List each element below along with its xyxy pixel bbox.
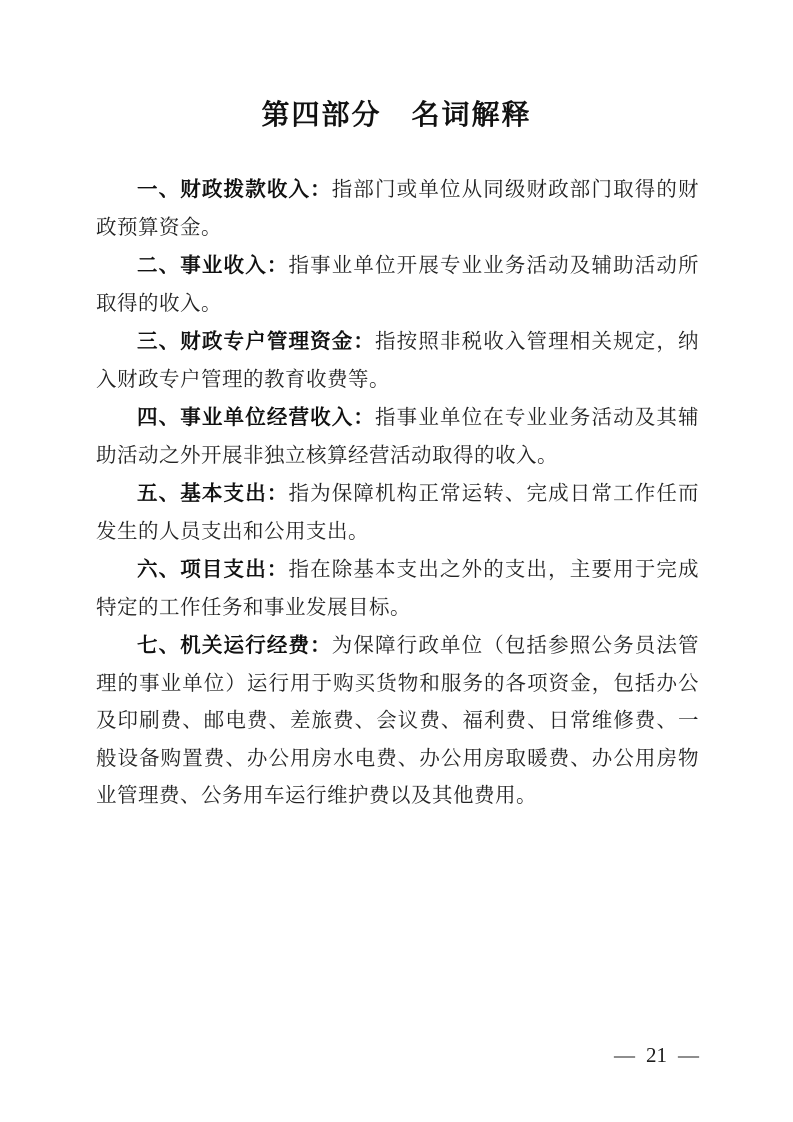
term-label: 三、财政专户管理资金： xyxy=(137,330,375,353)
term-item: 三、财政专户管理资金：指按照非税收入管理相关规定，纳入财政专户管理的教育收费等。 xyxy=(96,323,699,399)
document-page: 第四部分 名词解释 一、财政拨款收入：指部门或单位从同级财政部门取得的财政预算资… xyxy=(0,0,793,1122)
page-number: 21 xyxy=(646,1042,667,1068)
term-label: 四、事业单位经营收入： xyxy=(137,406,375,429)
terms-list: 一、财政拨款收入：指部门或单位从同级财政部门取得的财政预算资金。 二、事业收入：… xyxy=(96,171,699,816)
term-label: 五、基本支出： xyxy=(137,482,288,505)
term-definition: 为保障行政单位（包括参照公务员法管理的事业单位）运行用于购买货物和服务的各项资金… xyxy=(96,635,699,807)
page-title: 第四部分 名词解释 xyxy=(0,0,793,132)
term-label: 六、项目支出： xyxy=(137,558,288,581)
term-item: 四、事业单位经营收入：指事业单位在专业业务活动及其辅助活动之外开展非独立核算经营… xyxy=(96,399,699,475)
term-label: 一、财政拨款收入： xyxy=(137,178,332,201)
footer-left-dash: — xyxy=(614,1042,635,1068)
footer-right-dash: — xyxy=(678,1042,699,1068)
term-item: 五、基本支出：指为保障机构正常运转、完成日常工作任而发生的人员支出和公用支出。 xyxy=(96,475,699,551)
term-item: 六、项目支出：指在除基本支出之外的支出，主要用于完成特定的工作任务和事业发展目标… xyxy=(96,551,699,627)
term-item: 七、机关运行经费：为保障行政单位（包括参照公务员法管理的事业单位）运行用于购买货… xyxy=(96,627,699,816)
term-item: 一、财政拨款收入：指部门或单位从同级财政部门取得的财政预算资金。 xyxy=(96,171,699,247)
term-label: 二、事业收入： xyxy=(137,254,288,277)
term-label: 七、机关运行经费： xyxy=(137,634,332,657)
page-footer: — 21 — xyxy=(614,1042,699,1068)
term-item: 二、事业收入：指事业单位开展专业业务活动及辅助活动所取得的收入。 xyxy=(96,247,699,323)
